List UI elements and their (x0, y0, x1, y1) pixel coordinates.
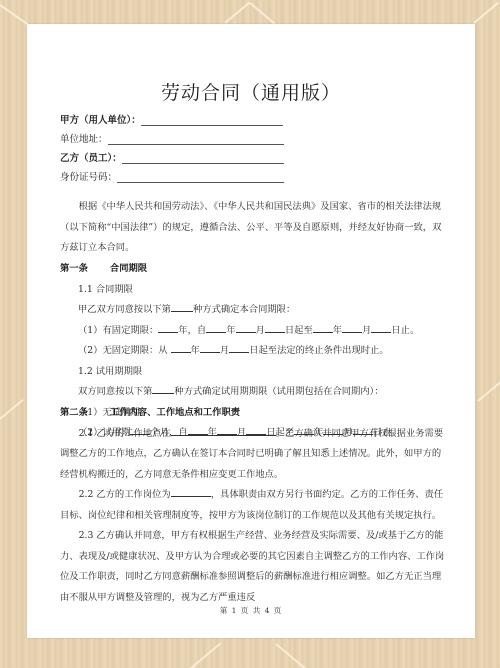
frame-decoration (189, 643, 221, 668)
frame-decoration (275, 643, 307, 668)
field-label: 乙方（员工）： (60, 150, 122, 164)
document-title: 劳动合同（通用版） (27, 78, 475, 105)
frame-decoration (249, 2, 275, 24)
field-label: 单位地址： (60, 131, 108, 145)
blank-field[interactable] (171, 426, 276, 436)
section-title: 1.2 试用期期限 (60, 362, 450, 383)
field-party-a[interactable]: 甲方（用人单位）： (60, 112, 283, 126)
clause-2-2: 2.2 乙方的工作岗位为，具体职责由双方另行书面约定。乙方的工作任务、责任目标、… (60, 485, 450, 526)
section-intro: 双方同意按以下第种方式确定试用期期限（试用期包括在合同期内）： (60, 382, 450, 403)
fill-line[interactable] (122, 153, 284, 164)
blank-field[interactable] (171, 302, 193, 312)
blank-field[interactable] (371, 323, 391, 333)
blank-field[interactable] (200, 343, 220, 353)
blank-field[interactable] (158, 323, 178, 333)
section-title: 1.1 合同期限 (60, 280, 450, 301)
blank-field[interactable] (342, 323, 362, 333)
field-party-b[interactable]: 乙方（员工）： (60, 150, 284, 164)
blank-field[interactable] (171, 343, 191, 353)
field-id-number[interactable]: 身份证号码： (60, 169, 284, 183)
clause-2-1: 2.1 乙方的工作地点在。乙方确认并同意甲方有权根据业务需要调整乙方的工作地点，… (60, 424, 450, 486)
frame-decoration (224, 2, 250, 24)
frame-decoration (477, 381, 500, 402)
blank-field[interactable] (171, 487, 211, 497)
fill-line[interactable] (141, 115, 283, 126)
blank-field[interactable] (236, 323, 256, 333)
blank-field[interactable] (229, 343, 249, 353)
fill-line[interactable] (117, 172, 284, 183)
option-fixed-term: （1）有固定期限：年，自年月日起至年月日止。 (60, 321, 450, 342)
option-open-term: （2）无固定期限：从 年月日起至法定的终止条件出现时止。 (60, 341, 450, 362)
document-page: 劳动合同（通用版） 甲方（用人单位）： 单位地址： 乙方（员工）： 身份证号码：… (27, 24, 475, 638)
frame-decoration (473, 2, 499, 24)
frame-decoration (0, 399, 24, 420)
clause-2-3: 2.3 乙方确认并同意，甲方有权根据生产经营、业务经营及实际需要、及/或基于乙方… (60, 526, 450, 608)
blank-field[interactable] (152, 384, 174, 394)
section-intro: 甲乙双方同意按以下第种方式确定本合同期限： (60, 300, 450, 321)
blank-field[interactable] (313, 323, 333, 333)
blank-field[interactable] (265, 323, 285, 333)
preamble: 根据《中华人民共和国劳动法》、《中华人民共和国民法典》及国家、省市的相关法律法规… (60, 197, 450, 259)
article-heading: 第二条工作内容、工作地点和工作职责 (60, 403, 450, 424)
page-number: 第 1 页 共 4 页 (27, 605, 475, 616)
article-heading: 第一条合同期限 (60, 259, 450, 280)
article-2: 第二条工作内容、工作地点和工作职责 2.1 乙方的工作地点在。乙方确认并同意甲方… (60, 403, 450, 608)
blank-field[interactable] (206, 323, 226, 333)
fill-line[interactable] (108, 134, 284, 145)
field-label: 甲方（用人单位）： (60, 112, 141, 126)
field-address[interactable]: 单位地址： (60, 131, 284, 145)
field-label: 身份证号码： (60, 169, 117, 183)
